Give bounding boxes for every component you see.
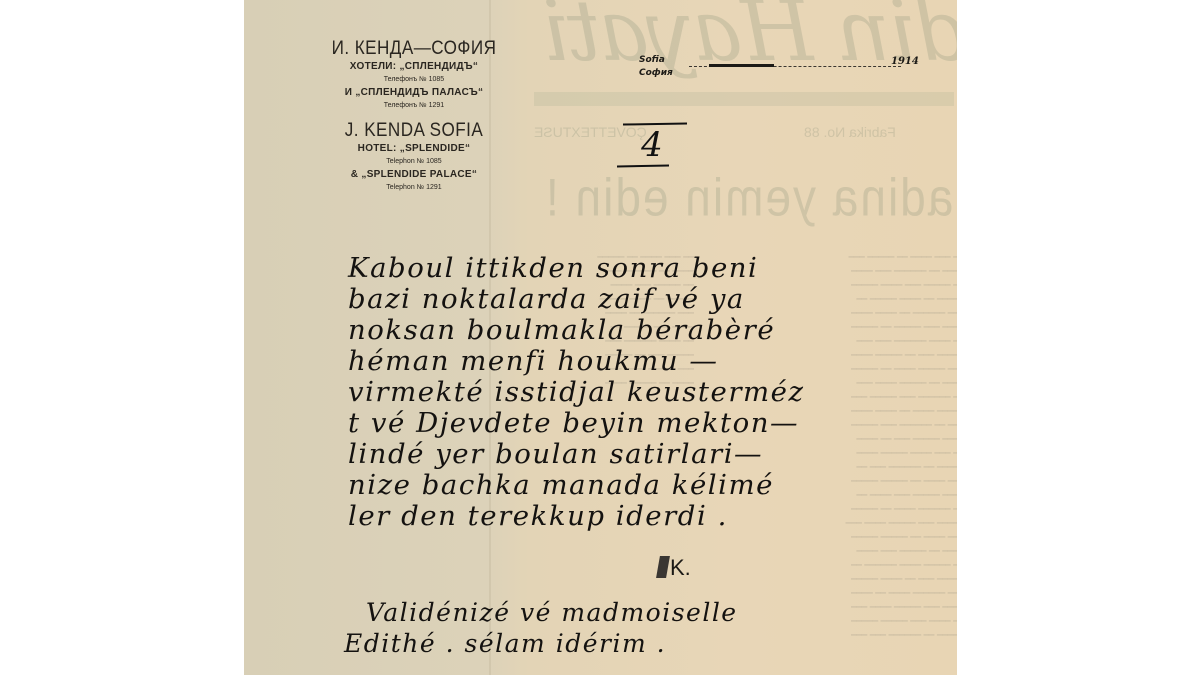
show-through-subline-right: Fabrika No. 88 [804,124,896,140]
body-line: lindé yer boulan satirlari— [348,439,957,470]
letterhead-phone2-cyrillic: Телефонъ № 1291 [319,100,509,112]
body-line: noksan boulmakla bérabèré [348,315,957,346]
letterhead-phone-latin: Telephon № 1085 [319,156,509,168]
body-line: virmekté isstidjal keusterméz [348,377,957,408]
postscript-line: Validénizé vé madmoiselle [366,597,926,628]
letterhead-hotel2-cyrillic: И „СПЛЕНДИДЪ ПАЛАСЪ“ [319,86,509,100]
letterhead: И. КЕНДА—СОФИЯ ХОТЕЛИ: „СПЛЕНДИДЪ“ Телеф… [319,38,509,194]
signature-initials: K. [670,555,691,580]
letterhead-title-latin: J. KENDA SOFIA [329,120,500,142]
signature: K. [658,555,691,581]
date-city-latin: Sofia [639,54,673,67]
ink-blot [656,556,670,578]
letterhead-hotel2-latin: & „SPLENDIDE PALACE“ [319,168,509,182]
body-line: t vé Djevdete beyin mekton— [348,408,957,439]
letterhead-phone2-latin: Telephon № 1291 [319,182,509,194]
letter-paper: Ahmedin Hayati ÇOVETTEXTUSE Fabrika No. … [244,0,957,675]
page-number: 4 [617,121,687,169]
letterhead-phone-cyrillic: Телефонъ № 1085 [319,74,509,86]
body-line: nize bachka manada kélimé [348,470,957,501]
show-through-headline: adina yemin edin ! [544,166,953,228]
body-line: Kaboul ittikden sonra beni [348,253,957,284]
body-line: héman menfi houkmu — [348,346,957,377]
date-rule-stroke [709,64,774,67]
date-city-cyrillic: София [639,67,673,80]
letter-body: Kaboul ittikden sonra beni bazi noktalar… [348,253,953,532]
postscript: Validénizé vé madmoiselle Edithé . sélam… [366,597,926,659]
postscript-line: Edithé . sélam idérim . [344,628,926,659]
body-line: ler den terekkup iderdi . [348,501,957,532]
body-line: bazi noktalarda zaif vé ya [348,284,957,315]
letterhead-hotel-latin: HOTEL: „SPLENDIDE“ [319,142,509,156]
date-year: 1914 [891,56,919,67]
show-through-band [534,92,954,106]
dateline: Sofia София 1914 [639,54,673,80]
letterhead-title-cyrillic: И. КЕНДА—СОФИЯ [329,38,500,60]
letterhead-hotel-cyrillic: ХОТЕЛИ: „СПЛЕНДИДЪ“ [319,60,509,74]
show-through-masthead: Ahmedin Hayati [544,0,957,80]
